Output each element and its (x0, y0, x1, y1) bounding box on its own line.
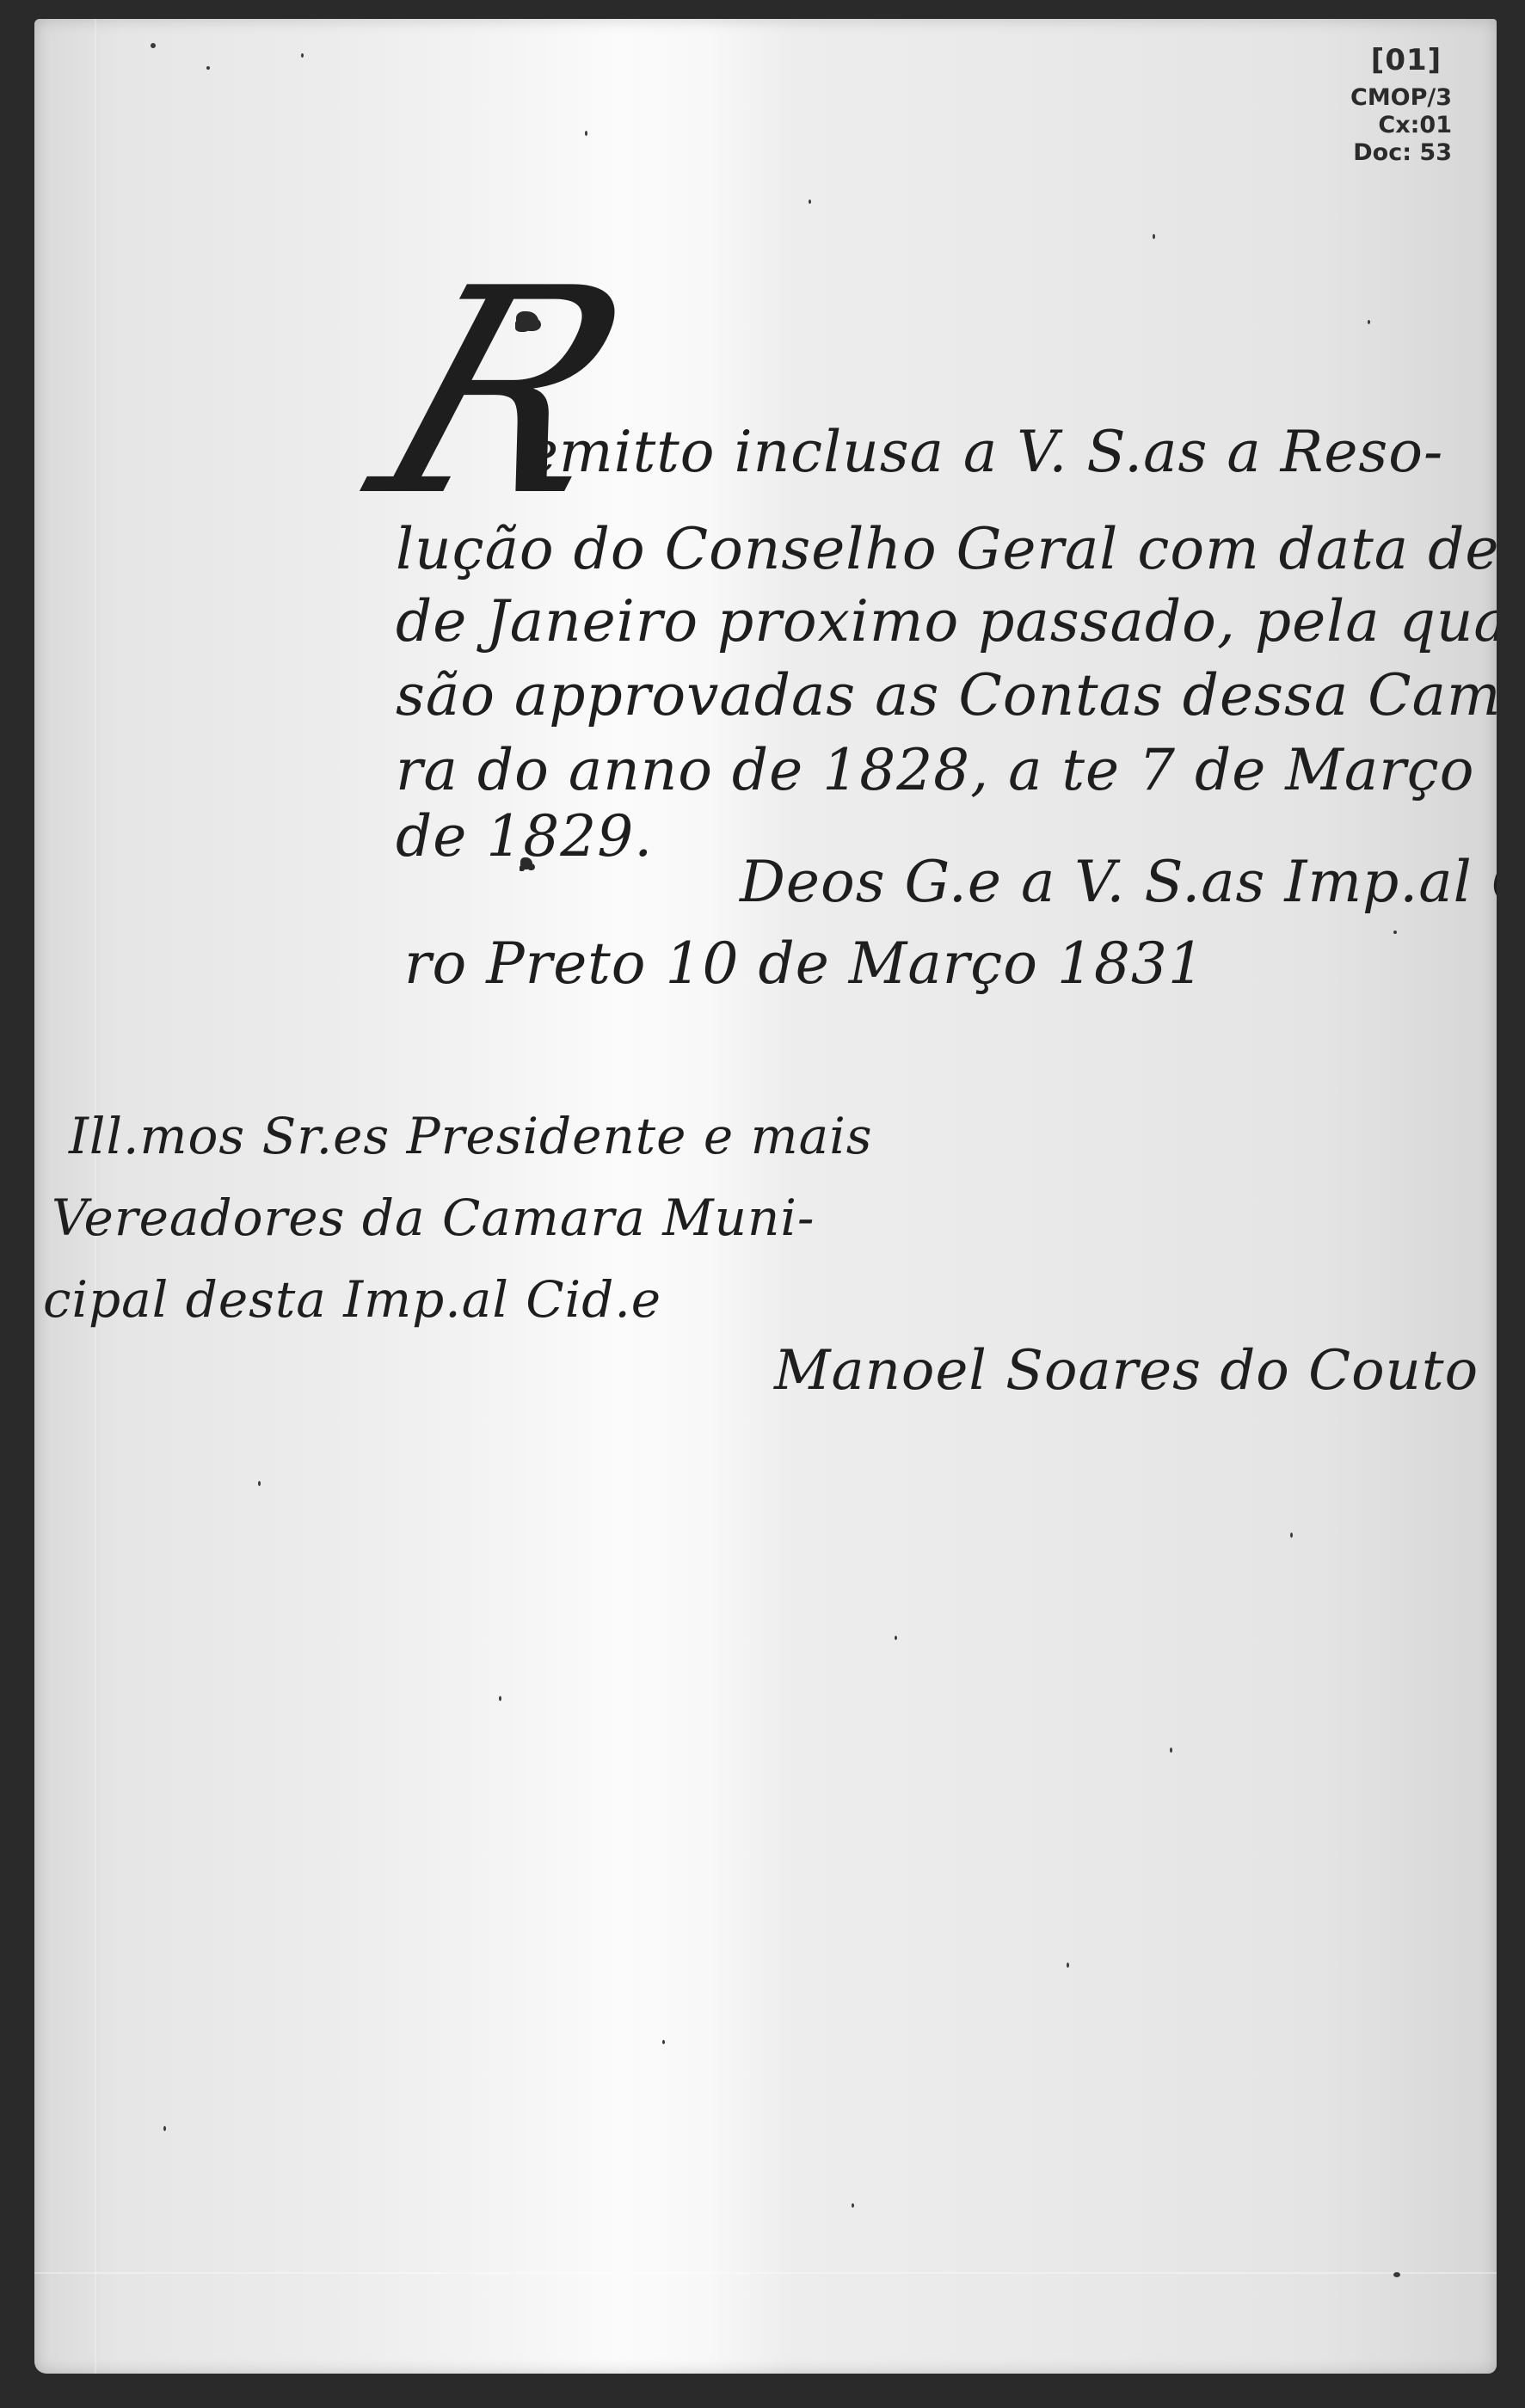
speckle (151, 43, 156, 48)
signature: Manoel Soares do Couto (774, 1339, 1479, 1403)
speckle (1290, 1533, 1293, 1538)
archive-box: Cx:01 (1350, 112, 1462, 139)
speckle (163, 2126, 166, 2131)
letter-line: ro Preto 10 de Março 1831 (404, 931, 1205, 997)
speckle (301, 53, 304, 58)
letter-line: lução do Conselho Geral com data de 20 (396, 516, 1497, 582)
speckle (499, 1696, 501, 1701)
letter-line: Deos G.e a V. S.as Imp.al C.e do Ou- (740, 849, 1497, 915)
speckle (1153, 234, 1155, 239)
scanned-document: [01] CMOP/3 Cx:01 Doc: 53 R emitto inclu… (0, 0, 1525, 2408)
archive-box-number: [01] (1368, 43, 1445, 77)
archive-label: [01] CMOP/3 Cx:01 Doc: 53 (1350, 43, 1462, 167)
addressee-line: Vereadores da Camara Muni- (52, 1189, 815, 1247)
speckle (895, 1636, 897, 1640)
paper-page: [01] CMOP/3 Cx:01 Doc: 53 R emitto inclu… (34, 19, 1497, 2374)
archive-document-number: Doc: 53 (1350, 139, 1462, 167)
letter-line: ra do anno de 1828, a te 7 de Março (396, 737, 1474, 803)
speckle (852, 2203, 854, 2208)
speckle (1368, 320, 1370, 324)
archive-collection: CMOP/3 (1350, 84, 1462, 112)
speckle (1393, 931, 1397, 934)
speckle (1067, 1963, 1069, 1968)
speckle (1170, 1748, 1172, 1753)
letter-line: são approvadas as Contas dessa Cama- (396, 662, 1497, 728)
addressee-line: Ill.mos Sr.es Presidente e mais (69, 1107, 873, 1165)
letter-line: de Janeiro proximo passado, pela qual (396, 588, 1497, 654)
speckle (585, 131, 587, 136)
speckle (662, 2040, 665, 2044)
speckle (206, 66, 210, 70)
speckle (258, 1481, 261, 1486)
decorative-initial: R (349, 251, 655, 535)
speckle (1393, 2272, 1400, 2277)
fold-line (34, 2272, 1497, 2274)
letter-line: emitto inclusa a V. S.as a Reso- (525, 419, 1443, 485)
ink-blot (520, 857, 532, 869)
addressee-line: cipal desta Imp.al Cid.e (43, 1270, 661, 1329)
speckle (809, 200, 811, 204)
